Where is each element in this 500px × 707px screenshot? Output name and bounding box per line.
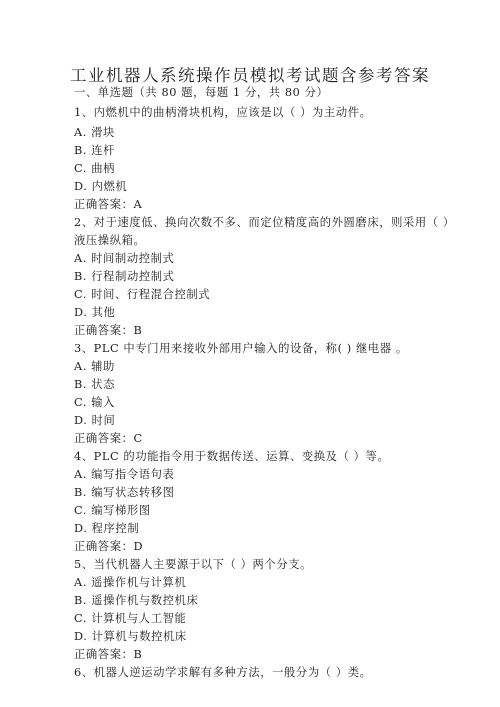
option: B. 行程制动控制式 xyxy=(74,268,175,284)
answer: 正确答案：B xyxy=(74,646,142,662)
question-stem: 3、PLC 中专门用来接收外部用户输入的设备，称( ) 继电器 。 xyxy=(74,340,408,356)
question-stem: 6、机器人逆运动学求解有多种方法，一般分为（ ）类。 xyxy=(74,664,372,680)
document-title: 工业机器人系统操作员模拟考试题含参考答案 xyxy=(0,62,500,86)
option: C. 计算机与人工智能 xyxy=(74,610,186,626)
option: C. 时间、行程混合控制式 xyxy=(74,286,210,302)
option: A. 编写指令语句表 xyxy=(74,466,174,482)
answer: 正确答案：A xyxy=(74,196,142,212)
question-stem: 5、当代机器人主要源于以下（ ）两个分支。 xyxy=(74,556,312,572)
option: D. 程序控制 xyxy=(74,520,139,536)
section-heading: 一、单选题（共 80 题，每题 1 分，共 80 分） xyxy=(74,84,328,100)
question-stem: 2、对于速度低、换向次数不多、而定位精度高的外圆磨床，则采用（ ） xyxy=(74,214,455,230)
answer: 正确答案：C xyxy=(74,430,143,446)
option: C. 输入 xyxy=(74,394,115,410)
option: D. 内燃机 xyxy=(74,178,127,194)
option: A. 遥操作机与计算机 xyxy=(74,574,186,590)
option: B. 状态 xyxy=(74,376,115,392)
option: B. 连杆 xyxy=(74,142,115,158)
option: A. 滑块 xyxy=(74,124,115,140)
option: A. 辅助 xyxy=(74,358,115,374)
option: C. 编写梯形图 xyxy=(74,502,151,518)
answer: 正确答案：B xyxy=(74,322,142,338)
option: D. 其他 xyxy=(74,304,115,320)
option: D. 计算机与数控机床 xyxy=(74,628,187,644)
option: A. 时间制动控制式 xyxy=(74,250,174,266)
option: B. 编写状态转移图 xyxy=(74,484,175,500)
option: C. 曲柄 xyxy=(74,160,115,176)
answer: 正确答案：D xyxy=(74,538,143,554)
question-stem: 4、PLC 的功能指令用于数据传送、运算、变换及（ ）等。 xyxy=(74,448,389,464)
question-stem-continued: 液压操纵箱。 xyxy=(74,232,145,248)
option: D. 时间 xyxy=(74,412,115,428)
question-stem: 1、内燃机中的曲柄滑块机构，应该是以（ ）为主动件。 xyxy=(74,104,372,120)
option: B. 遥操作机与数控机床 xyxy=(74,592,198,608)
